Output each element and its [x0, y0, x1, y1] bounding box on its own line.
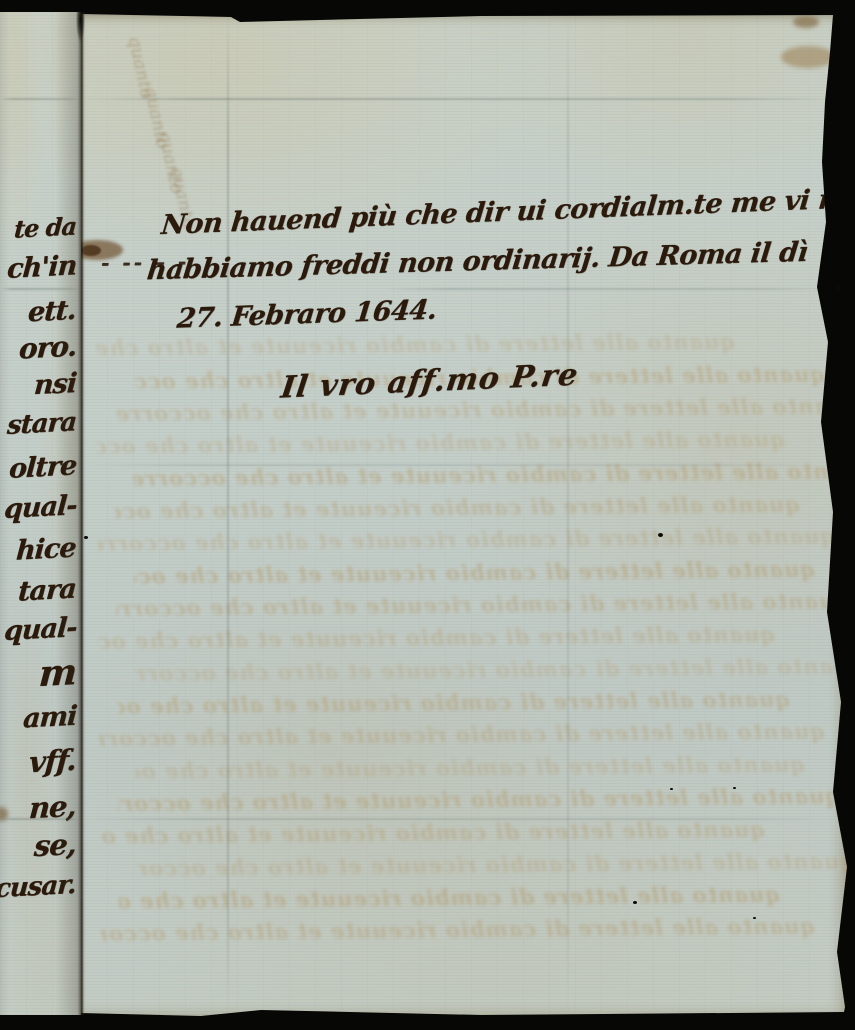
strip-crease	[0, 818, 81, 820]
corner-stain	[793, 16, 819, 28]
manuscript-scan: te dach'inett.oro.nsistaraoltrequal-hice…	[0, 0, 855, 1030]
ink-speck	[658, 533, 663, 537]
horizontal-crease	[381, 288, 831, 290]
ink-speck	[670, 788, 673, 790]
strip-gutter-shade	[0, 12, 81, 1015]
corner-stain	[781, 46, 835, 68]
vertical-crease	[567, 12, 569, 1015]
horizontal-crease	[81, 818, 841, 820]
ink-speck	[633, 901, 637, 904]
strip-crease	[0, 98, 81, 100]
ink-speck	[733, 787, 736, 789]
ink-speck	[84, 536, 88, 539]
horizontal-crease	[81, 98, 841, 100]
ink-speck	[836, 286, 842, 291]
strip-crease	[0, 288, 81, 290]
ink-speck	[753, 917, 756, 919]
gutter-fold-top	[76, 12, 85, 50]
adjacent-page-strip: te dach'inett.oro.nsistaraoltrequal-hice…	[0, 12, 81, 1015]
letter-page: quanto alle lettere di cambio riceuute e…	[81, 12, 855, 1018]
gutter-fold-line	[78, 12, 85, 1015]
horizontal-crease	[81, 464, 821, 466]
vertical-crease	[227, 12, 229, 1015]
